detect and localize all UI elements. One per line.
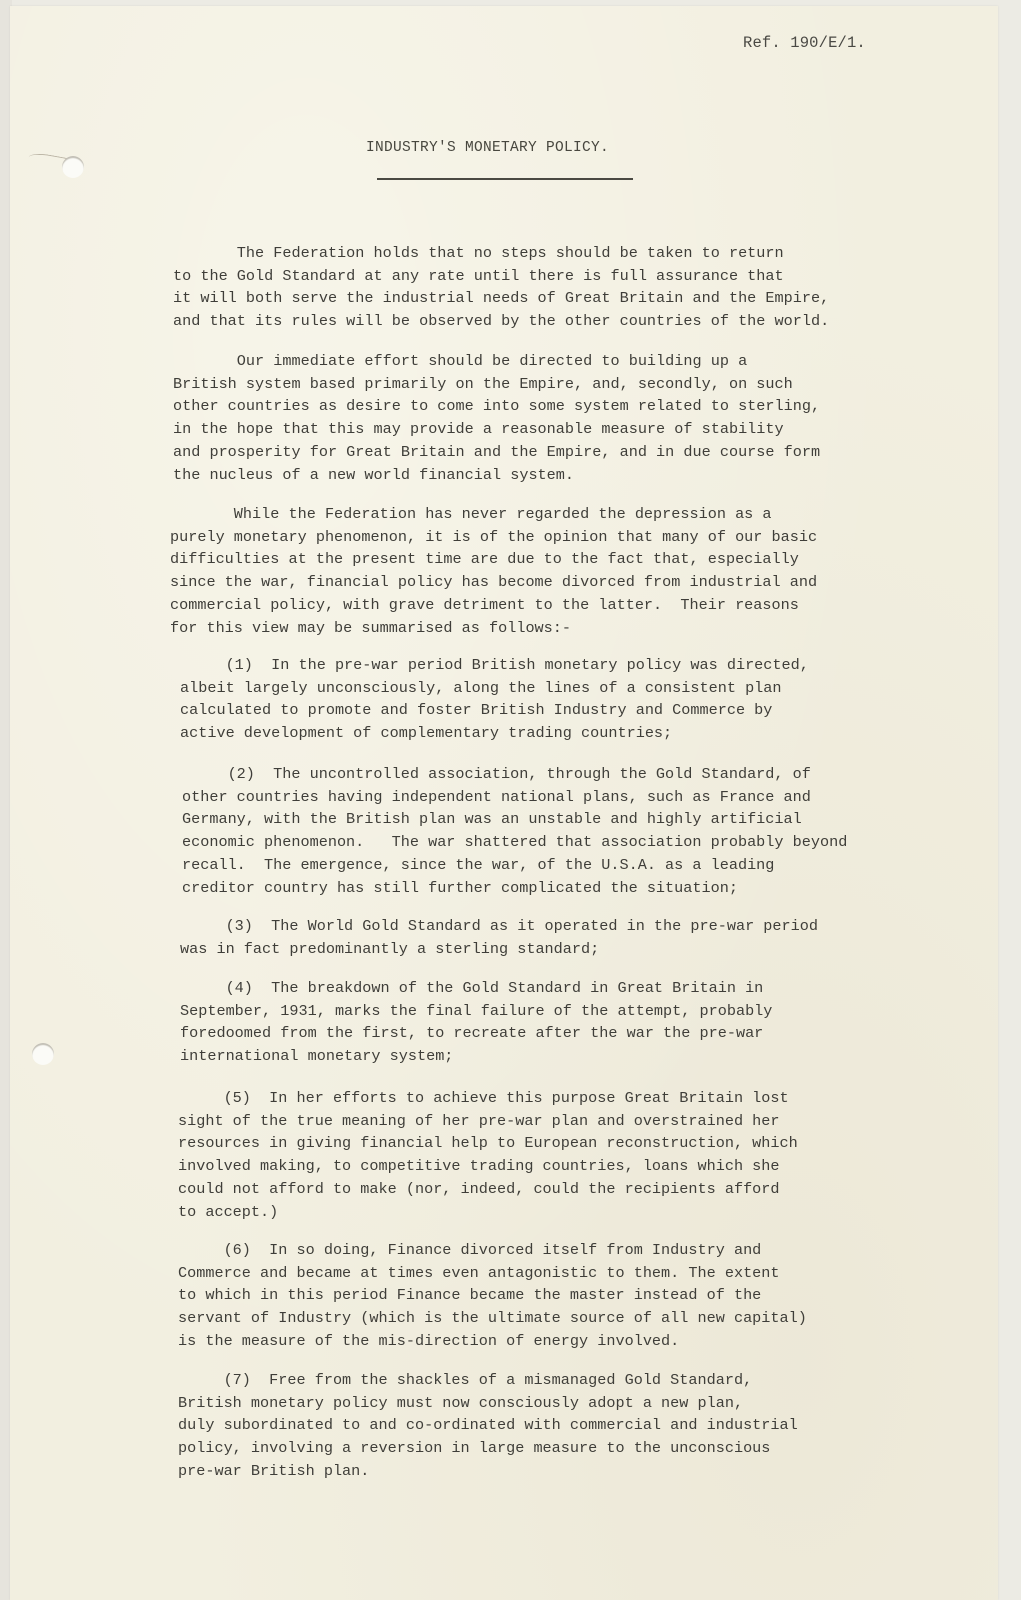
point-2: (2) The uncontrolled association, throug… [182,763,847,899]
text-line: Germany, with the British plan was an un… [182,808,847,831]
text-line: (6) In so doing, Finance divorced itself… [178,1239,807,1262]
text-line: to accept.) [178,1201,798,1224]
text-line: economic phenomenon. The war shattered t… [182,831,847,854]
text-line: albeit largely unconsciously, along the … [180,677,809,700]
text-line: (5) In her efforts to achieve this purpo… [178,1087,798,1110]
point-6: (6) In so doing, Finance divorced itself… [178,1239,807,1353]
text-line: purely monetary phenomenon, it is of the… [170,526,817,549]
text-line: (4) The breakdown of the Gold Standard i… [180,977,772,1000]
punch-hole-bottom [32,1043,54,1065]
text-line: it will both serve the industrial needs … [173,287,829,310]
point-3: (3) The World Gold Standard as it operat… [180,915,818,960]
typewritten-page: Ref. 190/E/1. INDUSTRY'S MONETARY POLICY… [10,6,998,1600]
text-line: foredoomed from the first, to recreate a… [180,1022,772,1045]
text-line: in the hope that this may provide a reas… [173,418,820,441]
text-line: was in fact predominantly a sterling sta… [180,938,818,961]
text-line: (7) Free from the shackles of a mismanag… [178,1369,798,1392]
paragraph-british-system: Our immediate effort should be directed … [173,350,820,486]
text-line: is the measure of the mis-direction of e… [178,1330,807,1353]
document-title: INDUSTRY'S MONETARY POLICY. [366,137,609,160]
text-line: difficulties at the present time are due… [170,548,817,571]
text-line: resources in giving financial help to Eu… [178,1132,798,1155]
text-line: Commerce and became at times even antago… [178,1262,807,1285]
text-line: other countries having independent natio… [182,786,847,809]
point-1: (1) In the pre-war period British moneta… [180,654,809,745]
text-line: international monetary system; [180,1045,772,1068]
text-line: involved making, to competitive trading … [178,1155,798,1178]
text-line: to the Gold Standard at any rate until t… [173,265,829,288]
text-line: Our immediate effort should be directed … [173,350,820,373]
text-line: could not afford to make (nor, indeed, c… [178,1178,798,1201]
reference-number: Ref. 190/E/1. [743,32,866,55]
text-line: since the war, financial policy has beco… [170,571,817,594]
text-line: servant of Industry (which is the ultima… [178,1307,807,1330]
text-line: calculated to promote and foster British… [180,699,809,722]
text-line: (3) The World Gold Standard as it operat… [180,915,818,938]
text-line: British system based primarily on the Em… [173,373,820,396]
paragraph-gold-standard-return: The Federation holds that no steps shoul… [173,242,829,333]
text-line: and that its rules will be observed by t… [173,310,829,333]
text-line: The Federation holds that no steps shoul… [173,242,829,265]
text-line: other countries as desire to come into s… [173,395,820,418]
title-underline [377,178,633,180]
text-line: policy, involving a reversion in large m… [178,1437,798,1460]
text-line: for this view may be summarised as follo… [170,617,817,640]
paragraph-depression-view: While the Federation has never regarded … [170,503,817,639]
text-line: commercial policy, with grave detriment … [170,594,817,617]
text-line: September, 1931, marks the final failure… [180,1000,772,1023]
point-5: (5) In her efforts to achieve this purpo… [178,1087,798,1223]
text-line: active development of complementary trad… [180,722,809,745]
text-line: to which in this period Finance became t… [178,1284,807,1307]
text-line: British monetary policy must now conscio… [178,1392,798,1415]
text-line: (1) In the pre-war period British moneta… [180,654,809,677]
text-line: (2) The uncontrolled association, throug… [182,763,847,786]
text-line: the nucleus of a new world financial sys… [173,464,820,487]
text-line: recall. The emergence, since the war, of… [182,854,847,877]
punch-hole-top [62,156,84,178]
point-4: (4) The breakdown of the Gold Standard i… [180,977,772,1068]
text-line: and prosperity for Great Britain and the… [173,441,820,464]
text-line: creditor country has still further compl… [182,877,847,900]
point-7: (7) Free from the shackles of a mismanag… [178,1369,798,1483]
text-line: duly subordinated to and co-ordinated wi… [178,1414,798,1437]
text-line: While the Federation has never regarded … [170,503,817,526]
text-line: pre-war British plan. [178,1460,798,1483]
text-line: sight of the true meaning of her pre-war… [178,1110,798,1133]
